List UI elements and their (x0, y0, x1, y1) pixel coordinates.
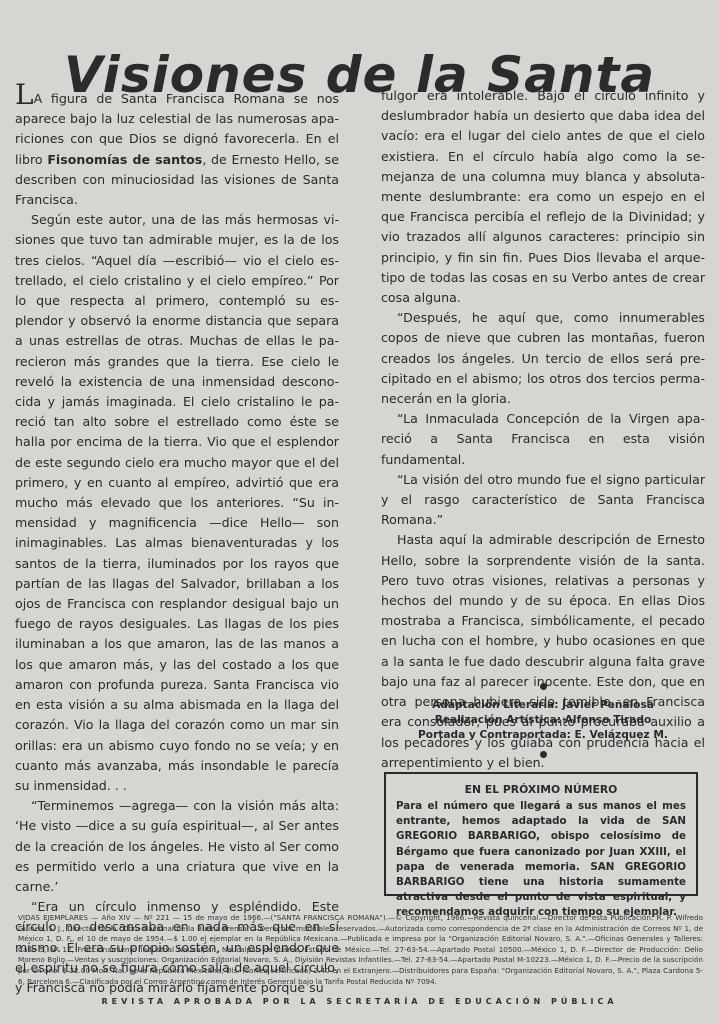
paragraph: “La Inmaculada Concepción de la Virgen a… (381, 409, 705, 470)
next-issue-box: EN EL PRÓXIMO NÚMERO Para el número que … (384, 772, 698, 896)
bullet-dot-icon (540, 683, 547, 690)
paragraph: fulgor era intolerable. Bajo el círculo … (381, 86, 705, 308)
credit-cover: Portada y Contraportada: E. Velázquez M. (381, 728, 705, 743)
paragraph: “La visión del otro mundo fue el signo p… (381, 470, 705, 531)
magazine-page: Visiones de la Santa LA figura de Santa … (0, 0, 719, 1024)
bullet-dot-icon (540, 751, 547, 758)
imprint-text: VIDAS EJEMPLARES — Año XIV — Nº 221 — 15… (18, 913, 703, 987)
next-issue-body: Para el número que llegará a sus manos e… (396, 799, 686, 921)
book-title: Fisonomías de santos (47, 152, 202, 167)
paragraph: “Después, he aquí que, como innumerables… (381, 308, 705, 409)
drop-cap: L (15, 78, 34, 111)
paragraph-intro: LA figura de Santa Francisca Romana se n… (15, 86, 339, 210)
left-column: LA figura de Santa Francisca Romana se n… (15, 86, 339, 998)
paragraph: “Terminemos —agrega— con la visión más a… (15, 796, 339, 897)
right-column: fulgor era intolerable. Bajo el círculo … (381, 86, 705, 773)
paragraph: Según este autor, una de las más hermosa… (15, 210, 339, 796)
credit-artistic-realization: Realización Artística: Alfonso Tirado (381, 713, 705, 728)
next-issue-heading: EN EL PRÓXIMO NÚMERO (396, 782, 686, 797)
credits: Adaptación Literaria: Javier Peñalosa Re… (381, 683, 705, 758)
credit-literary-adaptation: Adaptación Literaria: Javier Peñalosa (381, 698, 705, 713)
approval-line: REVISTA APROBADA POR LA SECRETARÍA DE ED… (0, 997, 719, 1006)
